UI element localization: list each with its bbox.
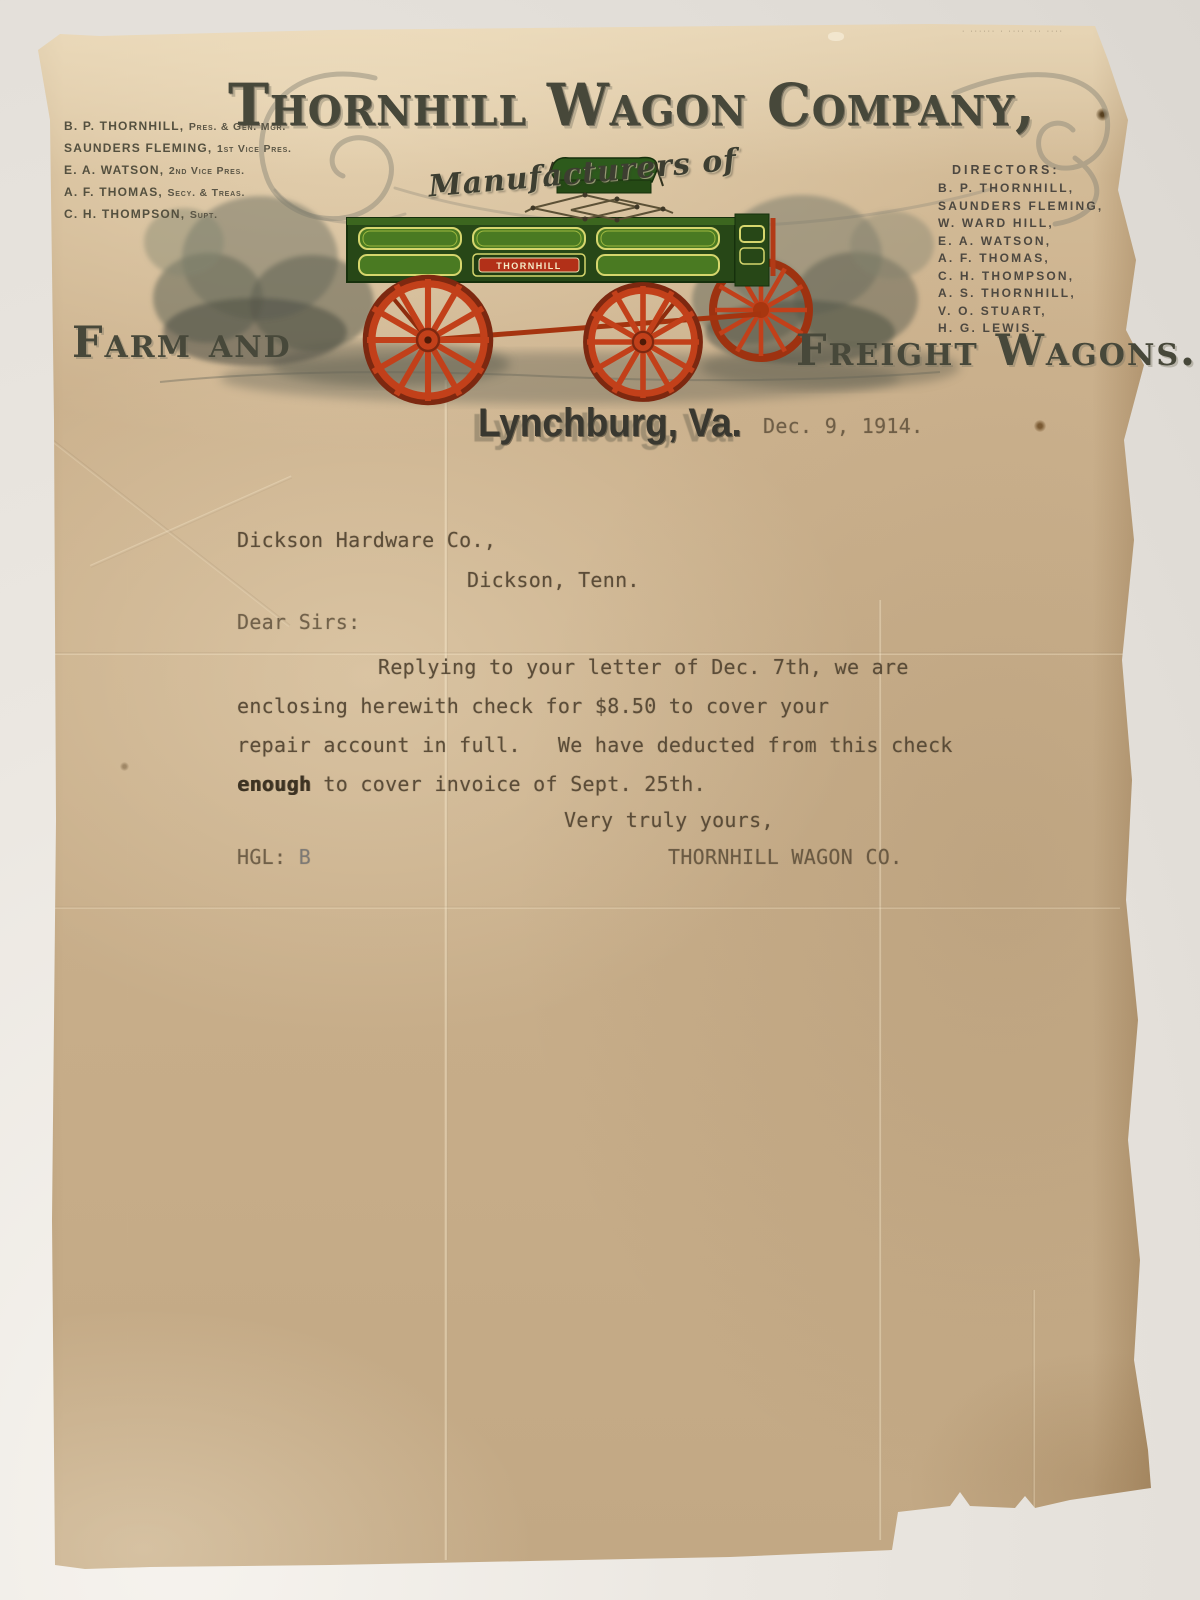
officer-title: 2nd Vice Pres. (169, 165, 245, 177)
fox-spot (120, 762, 129, 771)
body-line: enough to cover invoice of Sept. 25th. (237, 772, 706, 796)
director-row: A. F. THOMAS, (938, 250, 1103, 268)
company-name: Thornhill Wagon Company, (228, 70, 1035, 139)
directors-heading: DIRECTORS: (938, 160, 1103, 180)
officer-row: A. F. THOMAS, Secy. & Treas. (64, 182, 292, 204)
typist-initials: HGL: B (237, 845, 311, 869)
director-row: V. O. STUART, (938, 303, 1103, 321)
typist-initials-text: HGL: (237, 845, 286, 869)
fox-spot (1034, 420, 1046, 432)
vertical-crease (1032, 1290, 1035, 1550)
directors-roster: DIRECTORS: B. P. THORNHILL, SAUNDERS FLE… (938, 160, 1103, 338)
salutation: Dear Sirs: (237, 610, 360, 634)
product-line-left: Farm and (72, 318, 292, 368)
date-line: Dec. 9, 1914. (763, 414, 923, 438)
front-wheel (587, 286, 699, 398)
officer-name: SAUNDERS FLEMING, (64, 141, 212, 155)
director-row: SAUNDERS FLEMING, (938, 198, 1103, 216)
officer-name: E. A. WATSON, (64, 163, 164, 177)
officer-title: Pres. & Gen. Mgr. (189, 121, 286, 133)
director-row: C. H. THOMPSON, (938, 268, 1103, 286)
officer-title: Secy. & Treas. (167, 187, 245, 199)
body-line: enclosing herewith check for $8.50 to co… (237, 694, 829, 718)
officer-name: A. F. THOMAS, (64, 185, 163, 199)
rear-wheel (367, 279, 489, 401)
photo-of-letter: THORNHILL (0, 0, 1200, 1600)
officer-title: 1st Vice Pres. (217, 143, 292, 155)
recipient-city-line: Dickson, Tenn. (467, 568, 640, 592)
overtyped-word: enough (237, 772, 311, 796)
officer-name: B. P. THORNHILL, (64, 119, 184, 133)
officer-name: C. H. THOMPSON, (64, 207, 185, 221)
recipient-line: Dickson Hardware Co., (237, 528, 496, 552)
director-row: A. S. THORNHILL, (938, 285, 1103, 303)
director-row: W. WARD HILL, (938, 215, 1103, 233)
director-row: E. A. WATSON, (938, 233, 1103, 251)
closing-line: Very truly yours, (564, 808, 774, 832)
printer-imprint: · ······ · ···· ··· ···· (962, 28, 1064, 35)
officer-row: B. P. THORNHILL, Pres. & Gen. Mgr. (64, 116, 292, 138)
director-row: B. P. THORNHILL, (938, 180, 1103, 198)
officers-roster: B. P. THORNHILL, Pres. & Gen. Mgr. SAUND… (64, 116, 292, 226)
body-line-rest: to cover invoice of Sept. 25th. (311, 772, 706, 796)
body-line: Replying to your letter of Dec. 7th, we … (378, 655, 909, 679)
typist-second-initial: B (299, 845, 311, 869)
product-line-right: Freight Wagons. (796, 326, 1197, 376)
signature-line: THORNHILL WAGON CO. (668, 845, 902, 869)
diagonal-crease (90, 476, 292, 568)
city-line: Lynchburg, Va. (478, 400, 742, 445)
vertical-crease (444, 380, 448, 1560)
officer-title: Supt. (190, 209, 218, 221)
officer-row: SAUNDERS FLEMING, 1st Vice Pres. (64, 138, 292, 160)
officer-row: E. A. WATSON, 2nd Vice Pres. (64, 160, 292, 182)
wagon-nameplate: THORNHILL (473, 254, 585, 276)
wagon-label-text: THORNHILL (496, 261, 562, 271)
horizontal-crease (40, 906, 1120, 909)
body-line: repair account in full. We have deducted… (237, 733, 953, 757)
officer-row: C. H. THOMPSON, Supt. (64, 204, 292, 226)
